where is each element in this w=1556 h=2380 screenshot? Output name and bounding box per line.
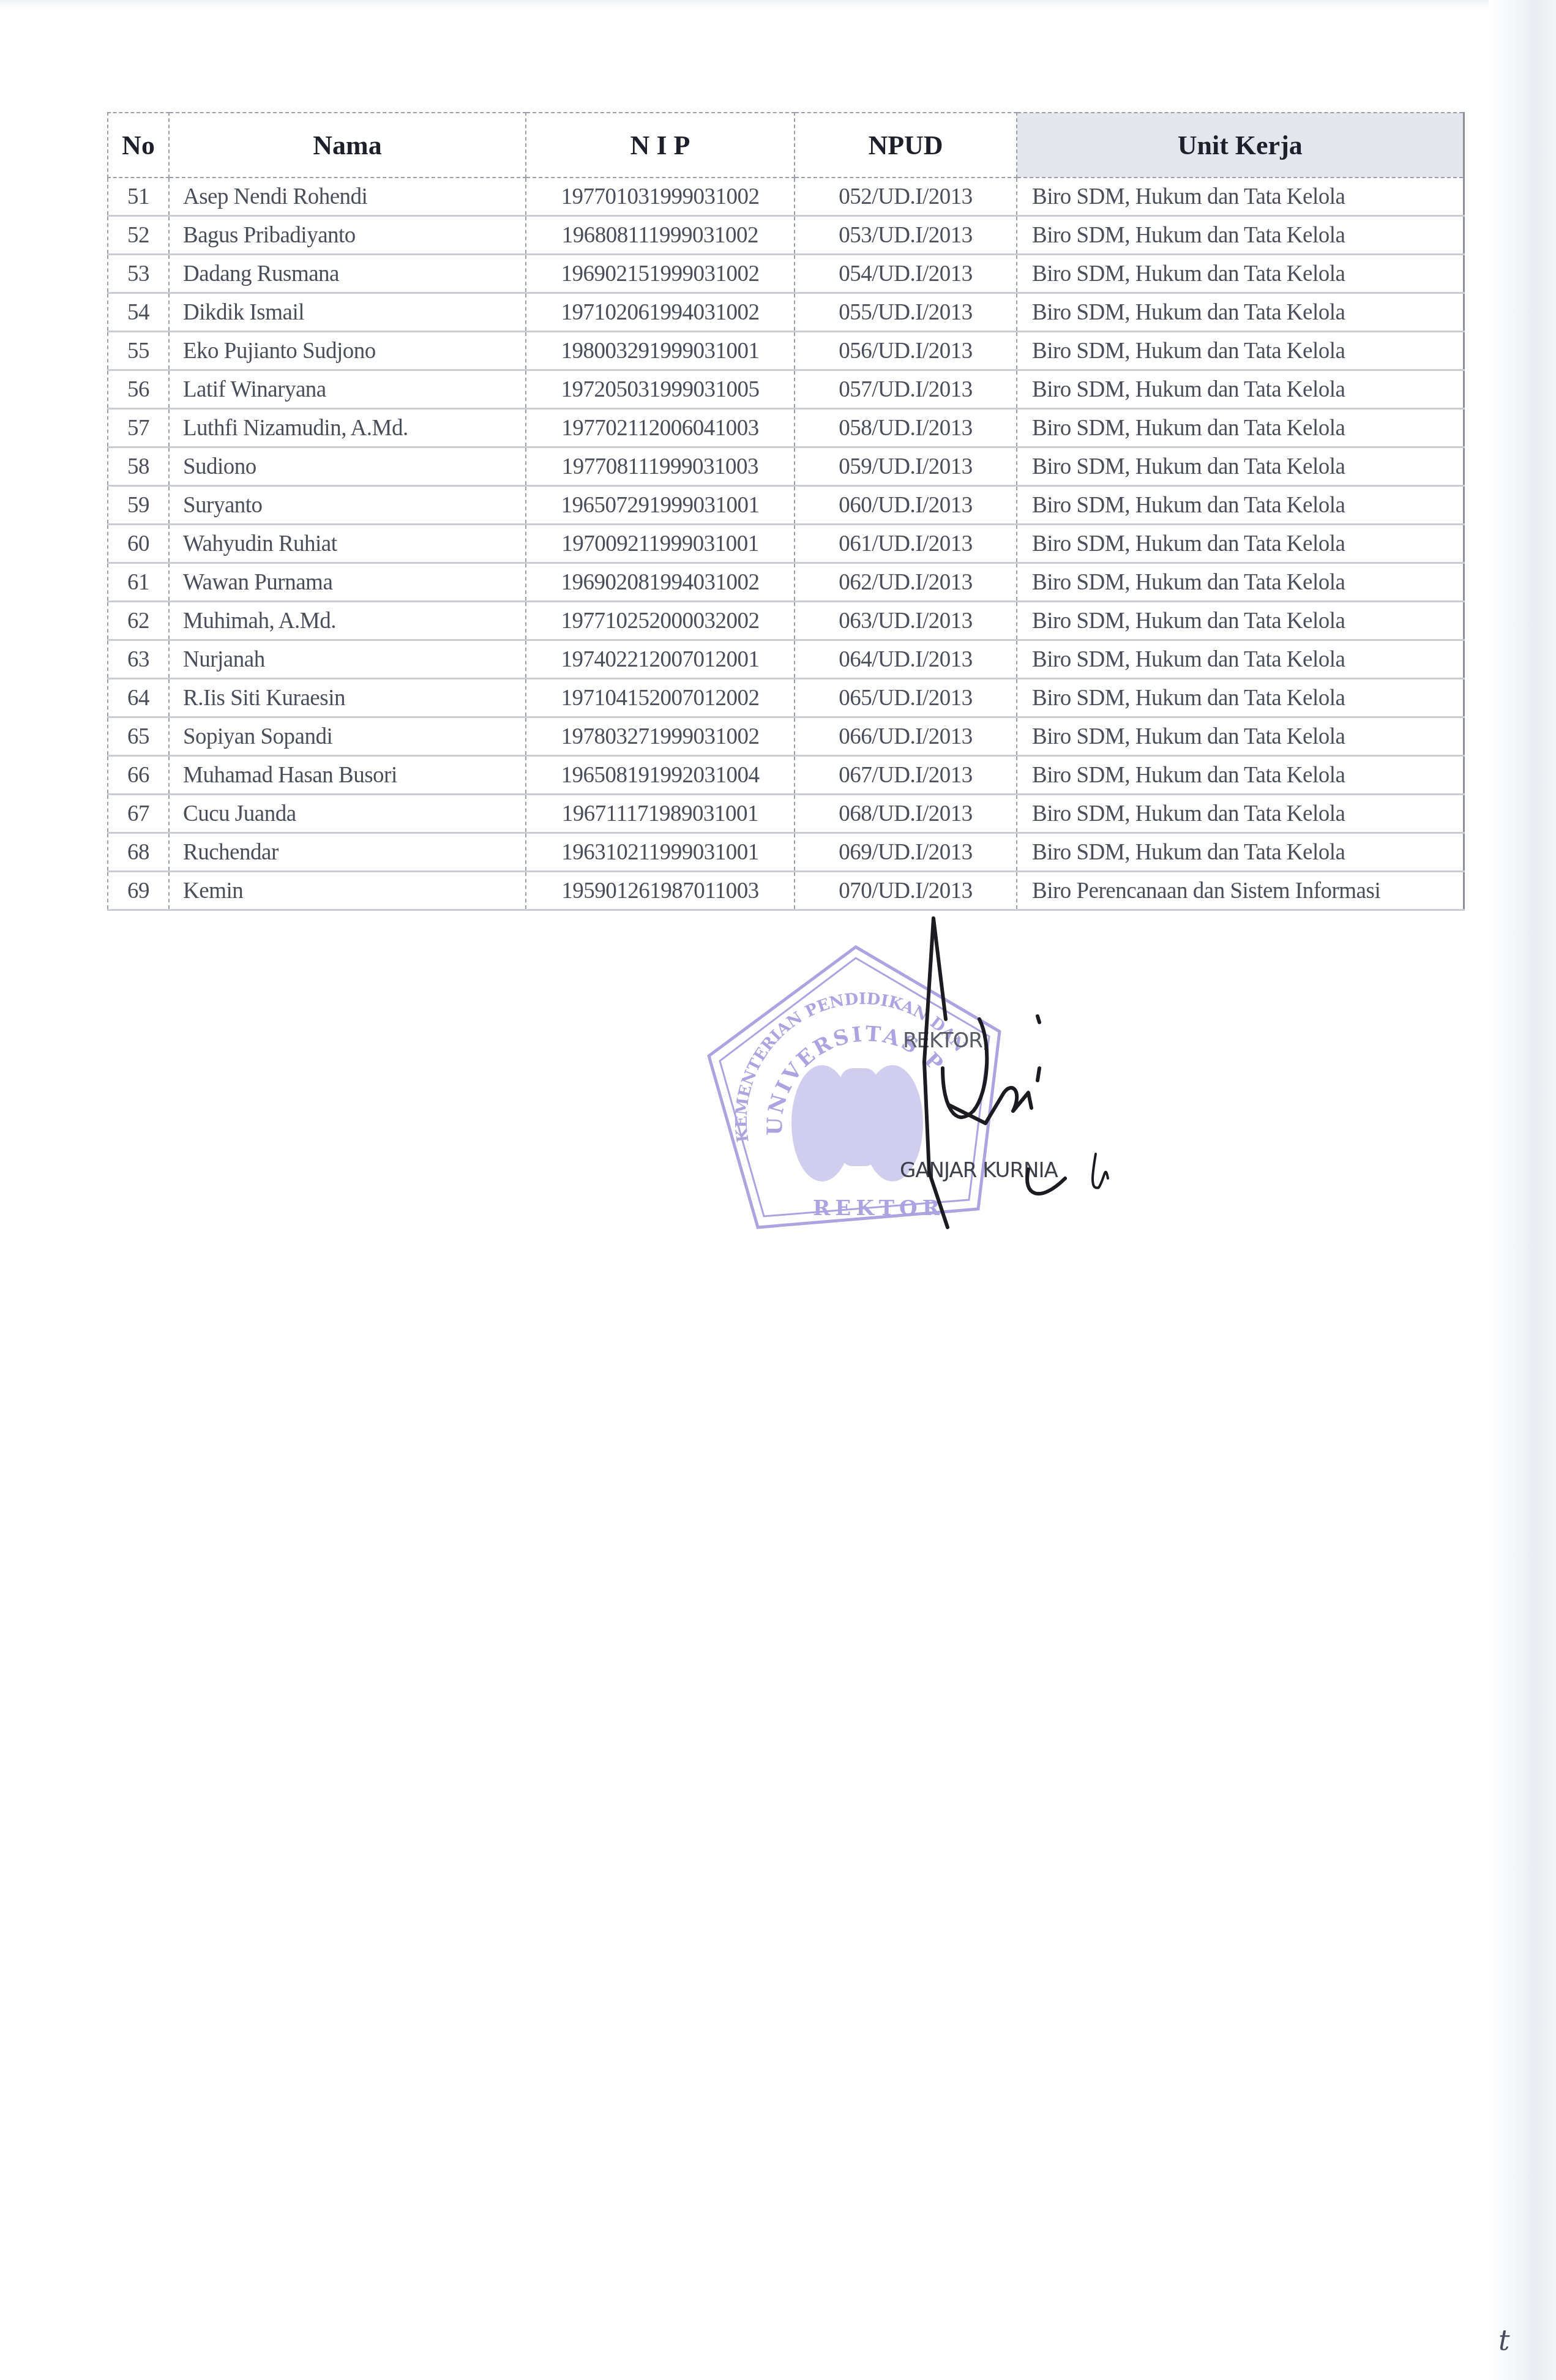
- cell-no: 57: [108, 409, 169, 447]
- cell-nama: Cucu Juanda: [169, 795, 526, 833]
- cell-nip: 197104152007012002: [526, 679, 795, 717]
- table-row: 69Kemin195901261987011003070/UD.I/2013Bi…: [108, 872, 1464, 910]
- cell-nama: Suryanto: [169, 486, 526, 525]
- cell-nip: 196902151999031002: [526, 255, 795, 293]
- cell-nip: 196902081994031002: [526, 563, 795, 602]
- cell-nip: 197803271999031002: [526, 717, 795, 756]
- cell-no: 64: [108, 679, 169, 717]
- cell-npud: 054/UD.I/2013: [795, 255, 1017, 293]
- cell-no: 61: [108, 563, 169, 602]
- cell-nip: 196808111999031002: [526, 216, 795, 255]
- cell-nama: Dadang Rusmana: [169, 255, 526, 293]
- table-row: 53Dadang Rusmana196902151999031002054/UD…: [108, 255, 1464, 293]
- cell-npud: 066/UD.I/2013: [795, 717, 1017, 756]
- cell-nip: 197205031999031005: [526, 370, 795, 409]
- corner-initial-mark: t: [1498, 2324, 1510, 2357]
- cell-nama: Latif Winaryana: [169, 370, 526, 409]
- header-unit-kerja: Unit Kerja: [1017, 113, 1464, 178]
- cell-no: 66: [108, 756, 169, 795]
- cell-nip: 196507291999031001: [526, 486, 795, 525]
- cell-no: 69: [108, 872, 169, 910]
- cell-npud: 055/UD.I/2013: [795, 293, 1017, 332]
- cell-nama: Kemin: [169, 872, 526, 910]
- table-header-row: No Nama N I P NPUD Unit Kerja: [108, 113, 1464, 178]
- header-npud: NPUD: [795, 113, 1017, 178]
- table-row: 68Ruchendar196310211999031001069/UD.I/20…: [108, 833, 1464, 872]
- cell-no: 51: [108, 178, 169, 216]
- table-row: 58Sudiono197708111999031003059/UD.I/2013…: [108, 447, 1464, 486]
- cell-unit-kerja: Biro SDM, Hukum dan Tata Kelola: [1017, 525, 1464, 563]
- cell-nama: Ruchendar: [169, 833, 526, 872]
- cell-nip: 197102061994031002: [526, 293, 795, 332]
- cell-unit-kerja: Biro SDM, Hukum dan Tata Kelola: [1017, 486, 1464, 525]
- header-nama: Nama: [169, 113, 526, 178]
- page-top-shadow: [0, 0, 1556, 9]
- cell-npud: 068/UD.I/2013: [795, 795, 1017, 833]
- cell-unit-kerja: Biro SDM, Hukum dan Tata Kelola: [1017, 293, 1464, 332]
- cell-no: 55: [108, 332, 169, 370]
- cell-no: 54: [108, 293, 169, 332]
- cell-unit-kerja: Biro SDM, Hukum dan Tata Kelola: [1017, 255, 1464, 293]
- table-row: 60Wahyudin Ruhiat197009211999031001061/U…: [108, 525, 1464, 563]
- cell-unit-kerja: Biro SDM, Hukum dan Tata Kelola: [1017, 756, 1464, 795]
- table-row: 63Nurjanah197402212007012001064/UD.I/201…: [108, 640, 1464, 679]
- cell-nip: 197710252000032002: [526, 602, 795, 640]
- table-row: 54Dikdik Ismail197102061994031002055/UD.…: [108, 293, 1464, 332]
- table-row: 55Eko Pujianto Sudjono198003291999031001…: [108, 332, 1464, 370]
- cell-nama: Eko Pujianto Sudjono: [169, 332, 526, 370]
- cell-unit-kerja: Biro SDM, Hukum dan Tata Kelola: [1017, 409, 1464, 447]
- cell-npud: 070/UD.I/2013: [795, 872, 1017, 910]
- cell-unit-kerja: Biro SDM, Hukum dan Tata Kelola: [1017, 447, 1464, 486]
- header-no: No: [108, 113, 169, 178]
- cell-nip: 197701031999031002: [526, 178, 795, 216]
- table-row: 62Muhimah, A.Md.197710252000032002063/UD…: [108, 602, 1464, 640]
- cell-no: 58: [108, 447, 169, 486]
- table-row: 65Sopiyan Sopandi197803271999031002066/U…: [108, 717, 1464, 756]
- table-row: 56Latif Winaryana197205031999031005057/U…: [108, 370, 1464, 409]
- signature-icon: [881, 909, 1126, 1240]
- cell-no: 67: [108, 795, 169, 833]
- cell-unit-kerja: Biro Perencanaan dan Sistem Informasi: [1017, 872, 1464, 910]
- cell-unit-kerja: Biro SDM, Hukum dan Tata Kelola: [1017, 563, 1464, 602]
- cell-nama: Muhamad Hasan Busori: [169, 756, 526, 795]
- cell-unit-kerja: Biro SDM, Hukum dan Tata Kelola: [1017, 178, 1464, 216]
- cell-no: 56: [108, 370, 169, 409]
- cell-unit-kerja: Biro SDM, Hukum dan Tata Kelola: [1017, 370, 1464, 409]
- cell-no: 62: [108, 602, 169, 640]
- cell-nip: 197402212007012001: [526, 640, 795, 679]
- cell-npud: 064/UD.I/2013: [795, 640, 1017, 679]
- cell-no: 65: [108, 717, 169, 756]
- cell-nip: 197702112006041003: [526, 409, 795, 447]
- cell-nama: Muhimah, A.Md.: [169, 602, 526, 640]
- cell-npud: 056/UD.I/2013: [795, 332, 1017, 370]
- cell-npud: 060/UD.I/2013: [795, 486, 1017, 525]
- cell-unit-kerja: Biro SDM, Hukum dan Tata Kelola: [1017, 795, 1464, 833]
- cell-no: 59: [108, 486, 169, 525]
- cell-npud: 057/UD.I/2013: [795, 370, 1017, 409]
- table-row: 64R.Iis Siti Kuraesin1971041520070120020…: [108, 679, 1464, 717]
- table-row: 57Luthfi Nizamudin, A.Md.197702112006041…: [108, 409, 1464, 447]
- cell-npud: 067/UD.I/2013: [795, 756, 1017, 795]
- table-row: 59Suryanto196507291999031001060/UD.I/201…: [108, 486, 1464, 525]
- cell-npud: 065/UD.I/2013: [795, 679, 1017, 717]
- cell-nip: 196310211999031001: [526, 833, 795, 872]
- table-row: 61Wawan Purnama196902081994031002062/UD.…: [108, 563, 1464, 602]
- cell-nip: 196508191992031004: [526, 756, 795, 795]
- cell-nama: Bagus Pribadiyanto: [169, 216, 526, 255]
- cell-nama: Sudiono: [169, 447, 526, 486]
- cell-nama: Nurjanah: [169, 640, 526, 679]
- cell-no: 68: [108, 833, 169, 872]
- cell-unit-kerja: Biro SDM, Hukum dan Tata Kelola: [1017, 332, 1464, 370]
- page-right-shadow: [1489, 0, 1556, 2380]
- cell-nama: Wawan Purnama: [169, 563, 526, 602]
- table-row: 51Asep Nendi Rohendi19770103199903100205…: [108, 178, 1464, 216]
- employee-table: No Nama N I P NPUD Unit Kerja 51Asep Nen…: [107, 112, 1465, 911]
- cell-unit-kerja: Biro SDM, Hukum dan Tata Kelola: [1017, 640, 1464, 679]
- cell-npud: 053/UD.I/2013: [795, 216, 1017, 255]
- cell-unit-kerja: Biro SDM, Hukum dan Tata Kelola: [1017, 602, 1464, 640]
- cell-npud: 062/UD.I/2013: [795, 563, 1017, 602]
- table-row: 52Bagus Pribadiyanto19680811199903100205…: [108, 216, 1464, 255]
- cell-nip: 195901261987011003: [526, 872, 795, 910]
- cell-nip: 197708111999031003: [526, 447, 795, 486]
- cell-unit-kerja: Biro SDM, Hukum dan Tata Kelola: [1017, 216, 1464, 255]
- cell-nip: 197009211999031001: [526, 525, 795, 563]
- cell-nama: Luthfi Nizamudin, A.Md.: [169, 409, 526, 447]
- cell-nama: R.Iis Siti Kuraesin: [169, 679, 526, 717]
- table-body: 51Asep Nendi Rohendi19770103199903100205…: [108, 178, 1464, 910]
- cell-nama: Dikdik Ismail: [169, 293, 526, 332]
- cell-no: 52: [108, 216, 169, 255]
- cell-unit-kerja: Biro SDM, Hukum dan Tata Kelola: [1017, 717, 1464, 756]
- cell-npud: 058/UD.I/2013: [795, 409, 1017, 447]
- cell-unit-kerja: Biro SDM, Hukum dan Tata Kelola: [1017, 679, 1464, 717]
- cell-npud: 059/UD.I/2013: [795, 447, 1017, 486]
- cell-no: 60: [108, 525, 169, 563]
- cell-npud: 063/UD.I/2013: [795, 602, 1017, 640]
- cell-no: 53: [108, 255, 169, 293]
- header-nip: N I P: [526, 113, 795, 178]
- cell-nip: 196711171989031001: [526, 795, 795, 833]
- cell-npud: 052/UD.I/2013: [795, 178, 1017, 216]
- table-row: 67Cucu Juanda196711171989031001068/UD.I/…: [108, 795, 1464, 833]
- cell-unit-kerja: Biro SDM, Hukum dan Tata Kelola: [1017, 833, 1464, 872]
- cell-no: 63: [108, 640, 169, 679]
- handwritten-signature: [881, 909, 1126, 1240]
- cell-nama: Sopiyan Sopandi: [169, 717, 526, 756]
- cell-nama: Wahyudin Ruhiat: [169, 525, 526, 563]
- cell-nama: Asep Nendi Rohendi: [169, 178, 526, 216]
- cell-npud: 061/UD.I/2013: [795, 525, 1017, 563]
- table-row: 66Muhamad Hasan Busori196508191992031004…: [108, 756, 1464, 795]
- cell-npud: 069/UD.I/2013: [795, 833, 1017, 872]
- cell-nip: 198003291999031001: [526, 332, 795, 370]
